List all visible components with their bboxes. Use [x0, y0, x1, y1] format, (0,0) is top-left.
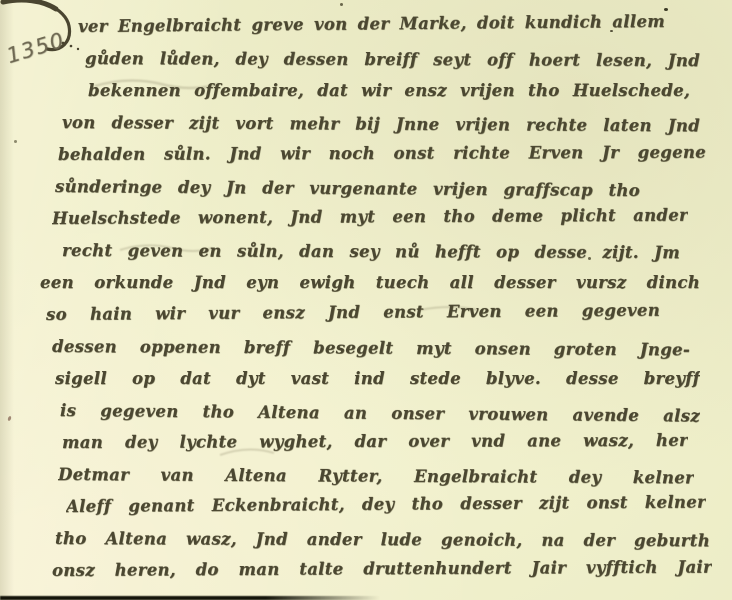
manuscript-line: sigell op dat dyt vast ind stede blyve. …	[55, 364, 700, 396]
manuscript-page: 1350 ver Engelbraicht greve von der Mark…	[0, 0, 732, 600]
manuscript-line: behalden sůln. Jnd wir noch onst richte …	[58, 138, 706, 172]
ink-speck	[588, 257, 591, 260]
manuscript-line: gůden lůden, dey dessen breiff seyt off …	[85, 44, 700, 78]
manuscript-line: so hain wir vur ensz Jnd enst Erven een …	[46, 296, 660, 332]
ink-speck	[14, 140, 17, 143]
manuscript-line: man dey lychte wyghet, dar over vnd ane …	[62, 426, 688, 460]
manuscript-line: recht geven en sůln, dan sey nů hefft op…	[62, 236, 680, 270]
manuscript-line: Aleff genant Eckenbraicht, dey tho desse…	[66, 488, 706, 524]
manuscript-line: Huelschstede wonent, Jnd myt een tho dem…	[52, 201, 688, 236]
ink-speck	[610, 30, 613, 32]
ink-speck	[340, 3, 343, 6]
manuscript-line: onsz heren, do man talte druttenhundert …	[52, 553, 712, 588]
manuscript-line: bekennen offembaire, dat wir ensz vrijen…	[88, 76, 690, 108]
manuscript-line: dessen oppenen breff besegelt myt onsen …	[52, 332, 690, 367]
manuscript-text-block: ver Engelbraicht greve von der Marke, do…	[0, 12, 732, 588]
ink-speck	[664, 8, 668, 11]
manuscript-line: ver Engelbraicht greve von der Marke, do…	[78, 7, 665, 44]
bottom-edge-shadow	[0, 596, 380, 600]
